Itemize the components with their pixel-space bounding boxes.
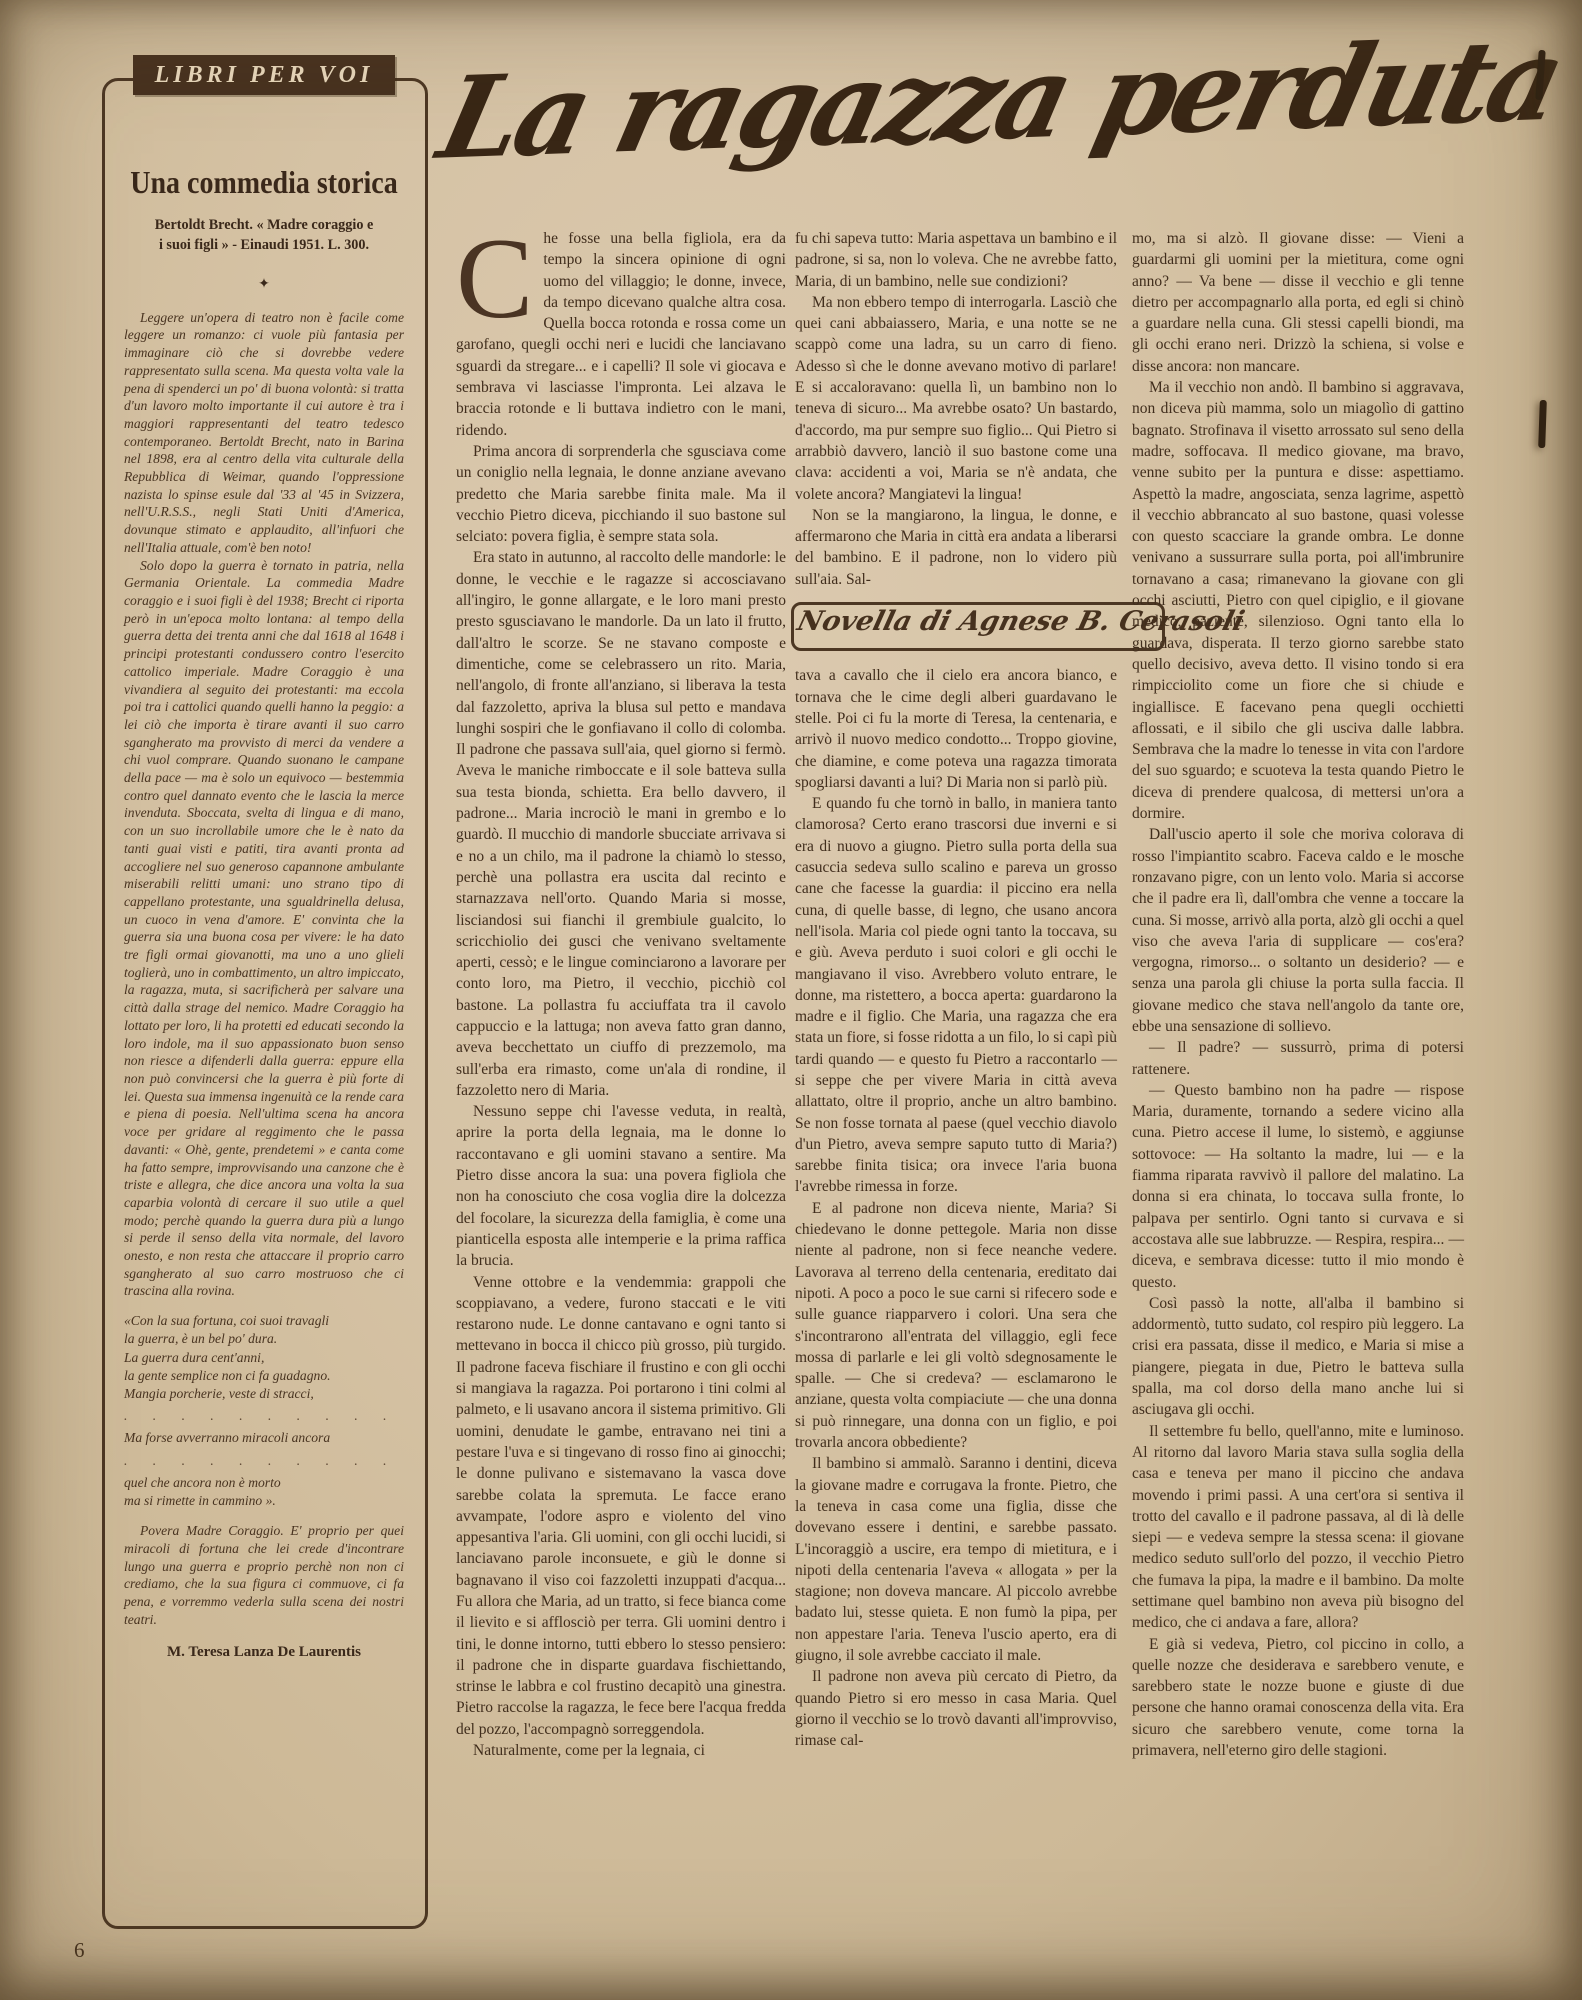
story-paragraph: Naturalmente, come per la legnaia, ci [456, 1740, 786, 1761]
book-reference-line2: i suoi figli » - Einaudi 1951. L. 300. [159, 237, 369, 253]
sidebar-content: Una commedia storica Bertoldt Brecht. « … [124, 130, 404, 1661]
story-paragraph: Dall'uscio aperto il sole che moriva col… [1132, 824, 1464, 1037]
story-column-3: mo, ma si alzò. Il giovane disse: — Vien… [1132, 228, 1464, 1761]
story-paragraph: Prima ancora di sorprenderla che sguscia… [456, 441, 786, 547]
byline-box: Novella di Agnese B. Cerasoli [791, 602, 1165, 651]
story-paragraph: Il bambino si ammalò. Saranno i dentini,… [795, 1453, 1117, 1666]
story-paragraph: E quando fu che tornò in ballo, in manie… [795, 793, 1117, 1198]
verse-line: Mangia porcherie, veste di stracci, [124, 1385, 404, 1403]
verse-line: la guerra, è un bel po' dura. [124, 1330, 404, 1348]
binding-staple-icon [1538, 400, 1547, 448]
verse-line: La guerra dura cent'anni, [124, 1349, 404, 1367]
review-paragraph: Leggere un'opera di teatro non è facile … [124, 309, 404, 557]
story-title-script: La ragazza perduta [398, 0, 1582, 218]
story-paragraph: Ma non ebbero tempo di interrogarla. Las… [795, 292, 1117, 505]
story-paragraph: Così passò la notte, all'alba il bambino… [1132, 1293, 1464, 1421]
story-paragraph: Era stato in autunno, al raccolto delle … [456, 547, 786, 1101]
verse-ellipsis-line: . . . . . . . . . . [124, 1452, 404, 1470]
masthead-libri-per-voi: LIBRI PER VOI [133, 55, 395, 95]
review-signature: M. Teresa Lanza De Laurentis [124, 1644, 404, 1661]
story-paragraph: fu chi sapeva tutto: Maria aspettava un … [795, 228, 1117, 292]
verse-line: quel che ancora non è morto [124, 1474, 404, 1492]
story-column-1: Che fosse una bella figliola, era da tem… [456, 228, 786, 1761]
star-ornament-icon: ✦ [124, 276, 404, 293]
story-paragraph: E al padrone non diceva niente, Maria? S… [795, 1198, 1117, 1454]
verse-line: la gente semplice non ci fa guadagno. [124, 1367, 404, 1385]
story-paragraph-dropcap: Che fosse una bella figliola, era da tem… [456, 228, 786, 441]
story-paragraph: tava a cavallo che il cielo era ancora b… [795, 665, 1117, 793]
story-paragraph: Il padrone non aveva più cercato di Piet… [795, 1666, 1117, 1751]
story-paragraph: Nessuno seppe chi l'avesse veduta, in re… [456, 1101, 786, 1271]
book-reference-line1: Bertoldt Brecht. « Madre coraggio e [155, 217, 374, 233]
story-paragraph: — Questo bambino non ha padre — rispose … [1132, 1080, 1464, 1293]
story-paragraph: Venne ottobre e la vendemmia: grappoli c… [456, 1272, 786, 1741]
drop-cap-letter: C [456, 228, 543, 326]
story-paragraph: Non se la mangiarono, la lingua, le donn… [795, 505, 1117, 590]
story-paragraph: mo, ma si alzò. Il giovane disse: — Vien… [1132, 228, 1464, 377]
masthead-label: LIBRI PER VOI [155, 62, 374, 89]
review-closing-paragraph: Povera Madre Coraggio. E' proprio per qu… [124, 1522, 404, 1628]
review-headline: Una commedia storica [124, 166, 404, 202]
story-paragraph: E già si vedeva, Pietro, col piccino in … [1132, 1634, 1464, 1762]
verse-line: «Con la sua fortuna, coi suoi travagli [124, 1312, 404, 1330]
verse-quote: «Con la sua fortuna, coi suoi travagli l… [124, 1312, 404, 1510]
review-body: Leggere un'opera di teatro non è facile … [124, 309, 404, 1629]
story-paragraph: Il settembre fu bello, quell'anno, mite … [1132, 1421, 1464, 1634]
book-reference: Bertoldt Brecht. « Madre coraggio e i su… [124, 216, 404, 256]
story-column-2: fu chi sapeva tutto: Maria aspettava un … [795, 228, 1117, 1751]
verse-line: ma si rimette in cammino ». [124, 1492, 404, 1510]
review-paragraph: Solo dopo la guerra è tornato in patria,… [124, 557, 404, 1301]
story-paragraph: Ma il vecchio non andò. Il bambino si ag… [1132, 377, 1464, 824]
magazine-page-scan: La ragazza perduta LIBRI PER VOI Una com… [0, 0, 1582, 2000]
verse-line: Ma forse avverranno miracoli ancora [124, 1429, 404, 1447]
verse-ellipsis-line: . . . . . . . . . . [124, 1407, 404, 1425]
page-number: 6 [74, 1938, 85, 1963]
story-paragraph: — Il padre? — sussurrò, prima di potersi… [1132, 1037, 1464, 1080]
